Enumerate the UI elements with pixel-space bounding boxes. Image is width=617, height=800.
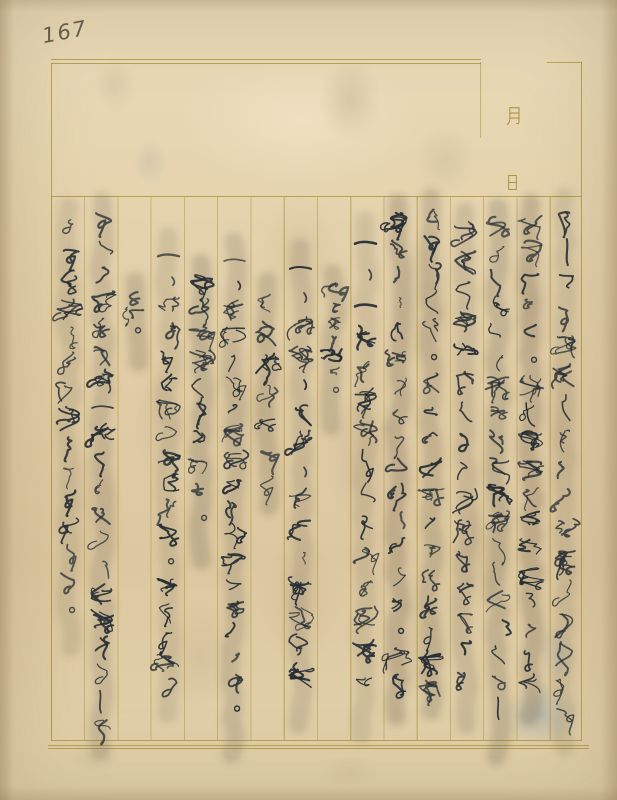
- manuscript-page: 167: [0, 0, 617, 800]
- handwriting-layer: [0, 0, 617, 800]
